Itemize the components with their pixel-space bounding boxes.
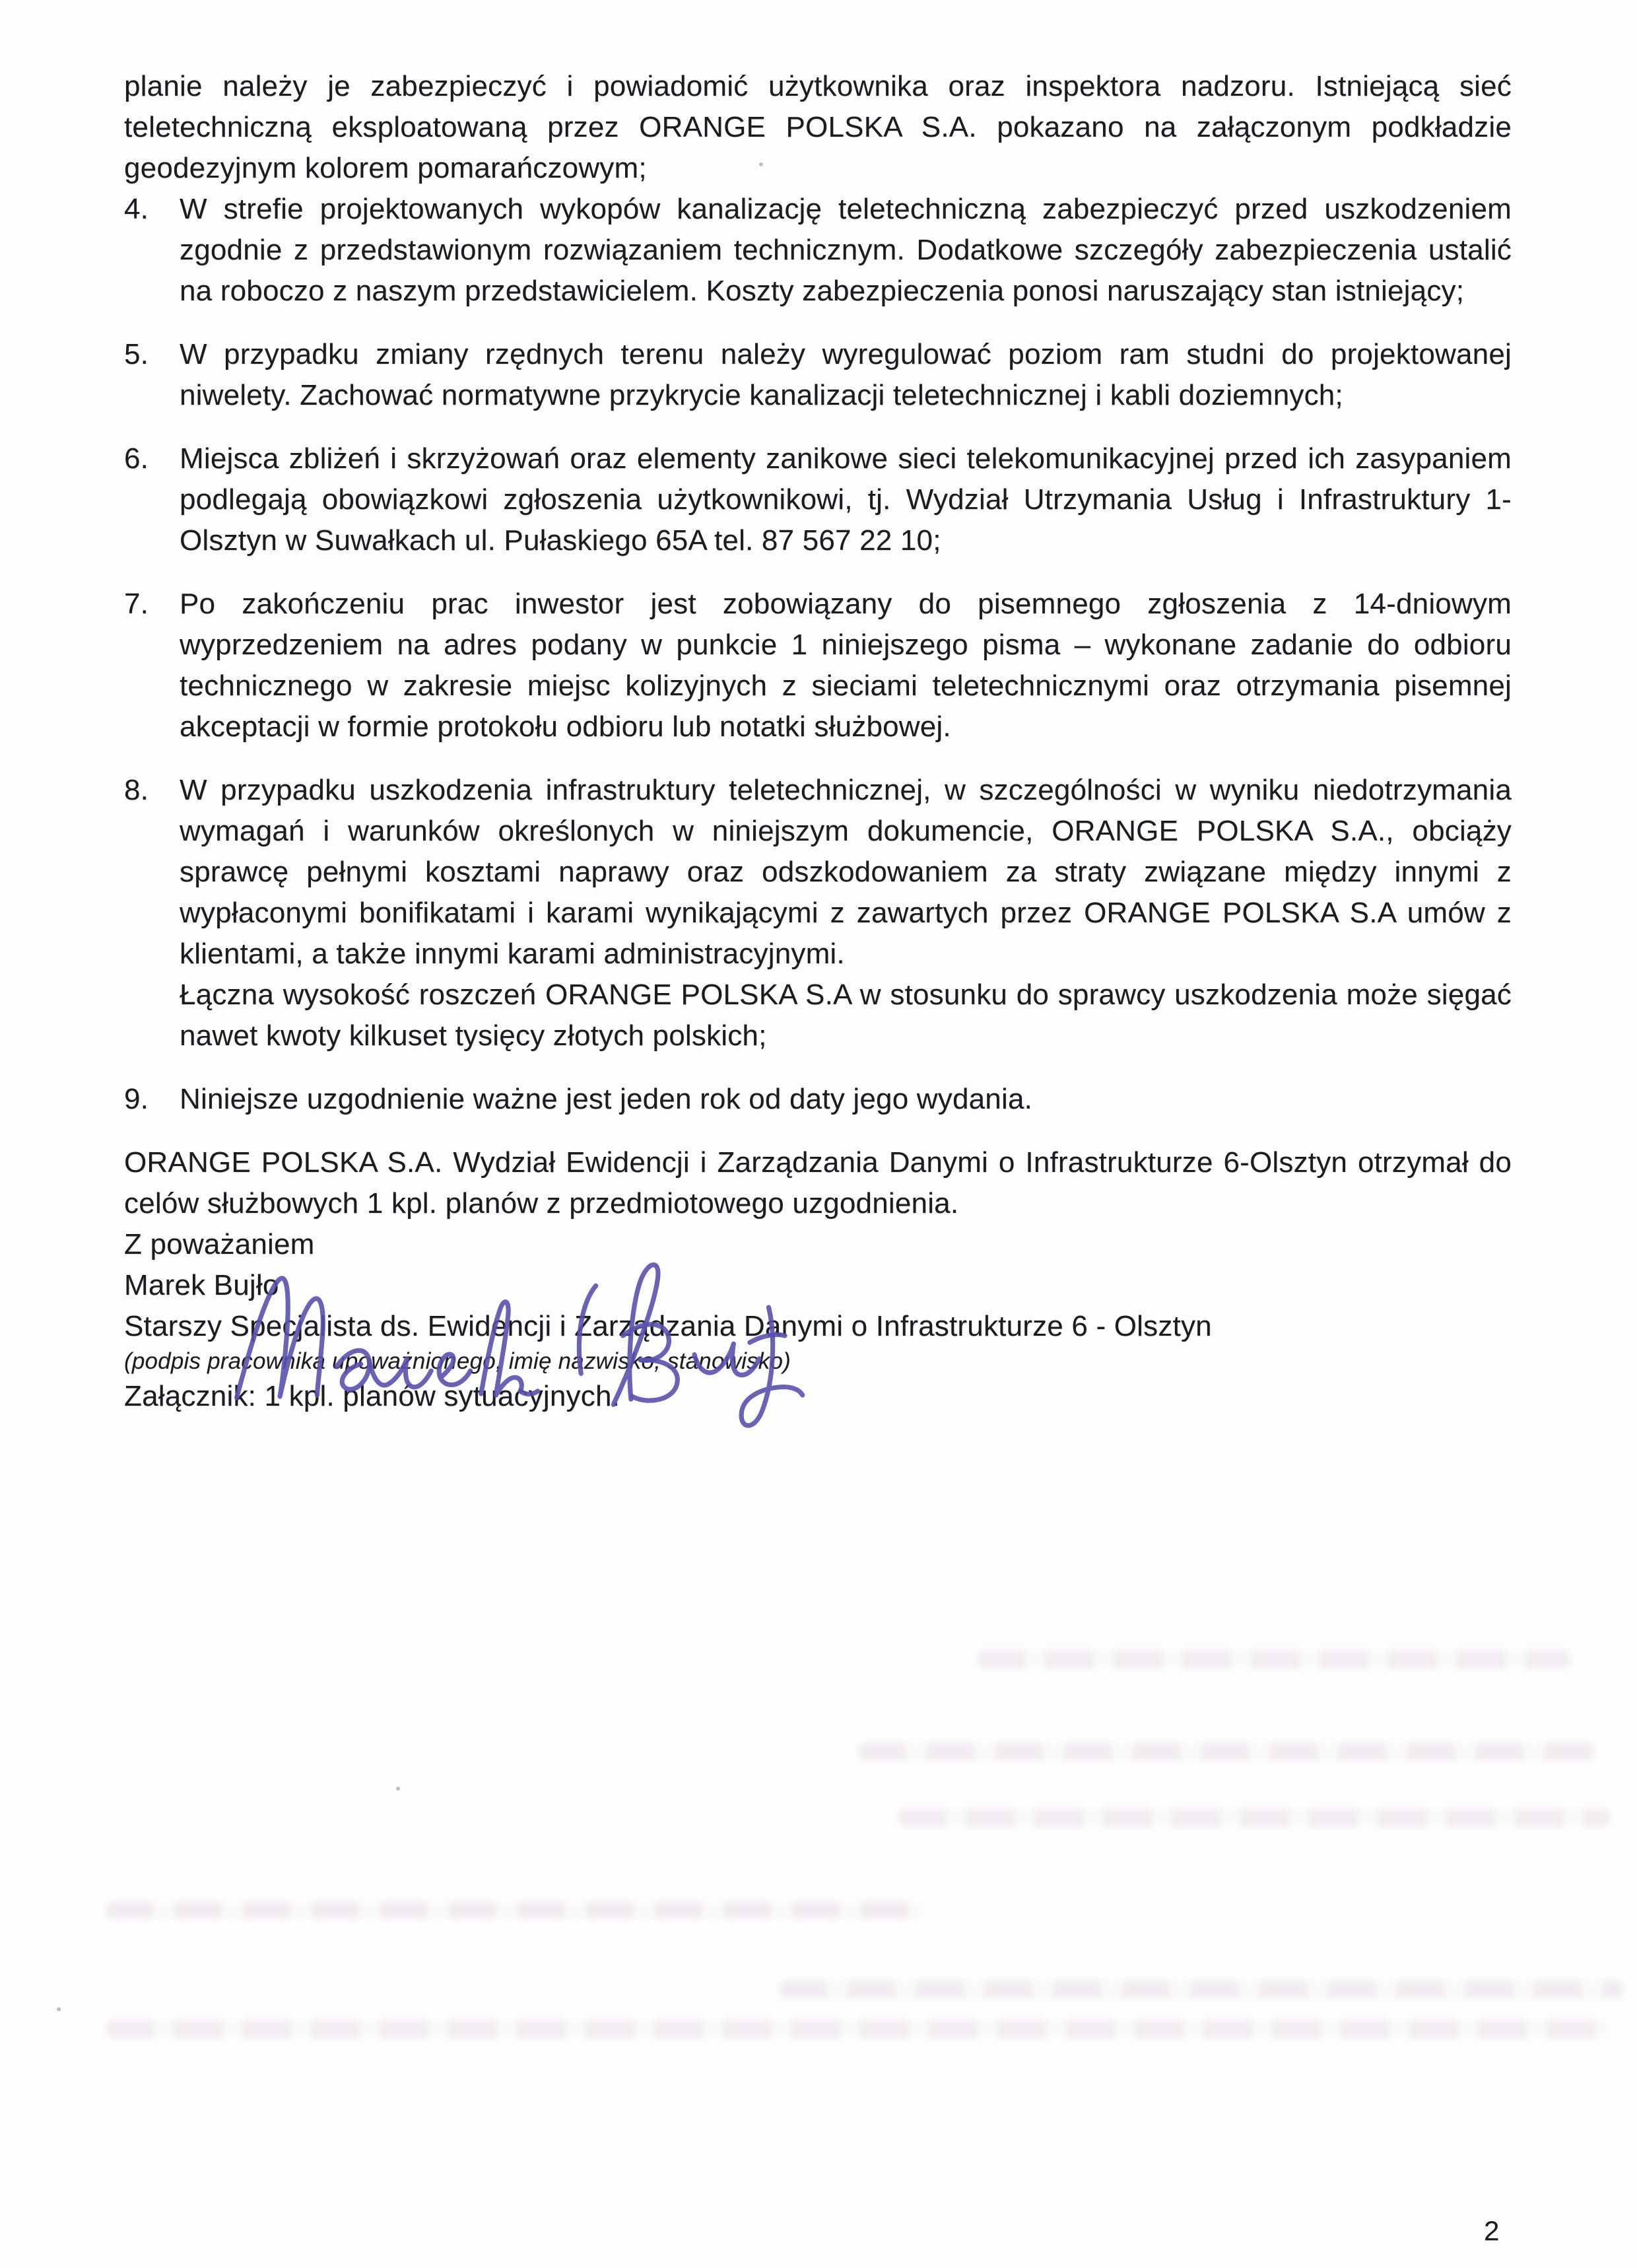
bleed-through-artifact bbox=[898, 1809, 1611, 1826]
list-item: 8.W przypadku uszkodzenia infrastruktury… bbox=[124, 770, 1512, 1056]
list-item: 4.W strefie projektowanych wykopów kanal… bbox=[124, 189, 1512, 312]
intro-paragraph: planie należy je zabezpieczyć i powiadom… bbox=[124, 66, 1512, 189]
list-item-text: W przypadku zmiany rzędnych terenu należ… bbox=[180, 334, 1512, 416]
conditions-list: 4.W strefie projektowanych wykopów kanal… bbox=[124, 189, 1512, 1120]
list-item-number: 4. bbox=[124, 189, 180, 312]
list-item-text: W strefie projektowanych wykopów kanaliz… bbox=[180, 189, 1512, 312]
list-item-number: 7. bbox=[124, 584, 180, 747]
list-item: 6.Miejsca zbliżeń i skrzyżowań oraz elem… bbox=[124, 438, 1512, 561]
list-item-number: 5. bbox=[124, 334, 180, 416]
list-item: 5.W przypadku zmiany rzędnych terenu nal… bbox=[124, 334, 1512, 416]
bleed-through-artifact bbox=[858, 1743, 1597, 1760]
bleed-through-artifact bbox=[106, 2020, 1611, 2038]
scan-speck bbox=[396, 1787, 400, 1791]
list-item-text: Niniejsze uzgodnienie ważne jest jeden r… bbox=[180, 1079, 1512, 1120]
receipt-note: ORANGE POLSKA S.A. Wydział Ewidencji i Z… bbox=[124, 1142, 1512, 1224]
list-item-number: 9. bbox=[124, 1079, 180, 1120]
page-number: 2 bbox=[1484, 2217, 1499, 2245]
list-item-text: Po zakończeniu prac inwestor jest zobowi… bbox=[180, 584, 1512, 747]
letter-body: planie należy je zabezpieczyć i powiadom… bbox=[0, 0, 1637, 2268]
list-item: 9.Niniejsze uzgodnienie ważne jest jeden… bbox=[124, 1079, 1512, 1120]
bleed-through-artifact bbox=[106, 1902, 924, 1919]
list-item-number: 8. bbox=[124, 770, 180, 1056]
list-item-text: Miejsca zbliżeń i skrzyżowań oraz elemen… bbox=[180, 438, 1512, 561]
list-item: 7.Po zakończeniu prac inwestor jest zobo… bbox=[124, 584, 1512, 747]
bleed-through-artifact bbox=[977, 1651, 1571, 1668]
list-item-text: W przypadku uszkodzenia infrastruktury t… bbox=[180, 770, 1512, 1056]
signature-caption: (podpis pracownika upoważnionego, imię n… bbox=[124, 1347, 1512, 1376]
bleed-through-artifact bbox=[779, 1981, 1624, 1998]
scan-speck bbox=[759, 162, 763, 166]
scanned-letter-page: planie należy je zabezpieczyć i powiadom… bbox=[0, 0, 1637, 2268]
attachment-line: Załącznik: 1 kpl. planów sytuacyjnych. bbox=[124, 1376, 1512, 1417]
salutation: Z poważaniem bbox=[124, 1224, 1512, 1265]
signer-title: Starszy Specjalista ds. Ewidencji i Zarz… bbox=[124, 1306, 1512, 1347]
scan-speck bbox=[57, 2007, 61, 2011]
list-item-number: 6. bbox=[124, 438, 180, 561]
signer-name: Marek Bujło bbox=[124, 1265, 1512, 1306]
